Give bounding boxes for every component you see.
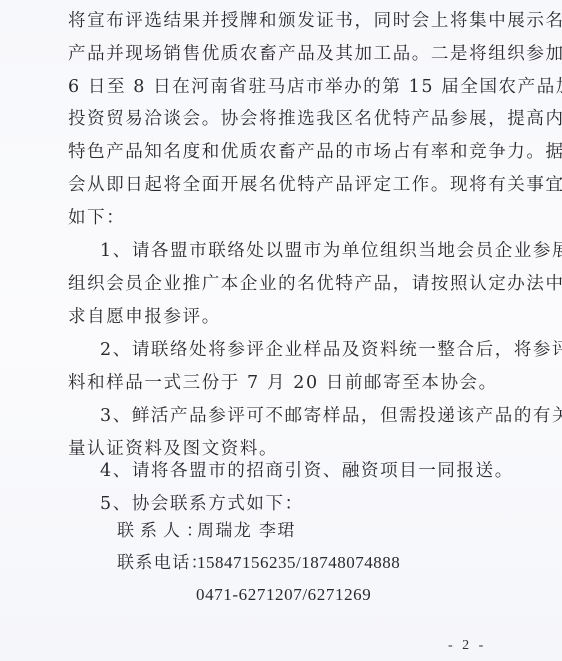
paragraph-line: 如下： bbox=[68, 206, 493, 230]
list-item-1-line: 求自愿申报参评。 bbox=[68, 305, 493, 329]
contact-person-names: 周瑞龙 李珺 bbox=[197, 521, 296, 541]
paragraph-line: 会从即日起将全面开展名优特产品评定工作。现将有关事宜通知 bbox=[68, 173, 493, 197]
contact-mobile-numbers: 15847156235/18748074888 bbox=[197, 553, 400, 572]
paragraph-line: 产品并现场销售优质农畜产品及其加工品。二是将组织参加 9 月 bbox=[68, 42, 493, 66]
paragraph-line: 6 日至 8 日在河南省驻马店市举办的第 15 届全国农产品加工业 bbox=[68, 75, 493, 99]
list-item-4-line: 4、请将各盟市的招商引资、融资项目一同报送。 bbox=[100, 459, 493, 483]
page-number: - 2 - bbox=[448, 638, 486, 654]
list-item-3-line: 3、鲜活产品参评可不邮寄样品，但需投递该产品的有关质 bbox=[100, 404, 493, 428]
contact-phone-row: 联系电话：15847156235/18748074888 bbox=[117, 551, 400, 575]
contact-phone-label: 联系电话： bbox=[117, 551, 197, 575]
contact-person-row: 联系人：周瑞龙 李珺 bbox=[117, 519, 296, 543]
list-item-2-line: 2、请联络处将参评企业样品及资料统一整合后，将参评资 bbox=[100, 338, 493, 362]
document-page: 将宣布评选结果并授牌和颁发证书，同时会上将集中展示名优特 产品并现场销售优质农畜… bbox=[0, 0, 562, 661]
paragraph-line: 特色产品知名度和优质农畜产品的市场占有率和竞争力。据此协 bbox=[68, 140, 493, 164]
list-item-3-line: 量认证资料及图文资料。 bbox=[68, 437, 493, 461]
list-item-2-line: 料和样品一式三份于 7 月 20 日前邮寄至本协会。 bbox=[68, 371, 493, 395]
contact-landline-numbers: 0471-6271207/6271269 bbox=[196, 583, 371, 607]
paragraph-line: 投资贸易洽谈会。协会将推选我区名优特产品参展，提高内蒙古 bbox=[68, 107, 493, 131]
list-item-1-line: 组织会员企业推广本企业的名优特产品，请按照认定办法中的要 bbox=[68, 272, 493, 296]
list-item-1-line: 1、请各盟市联络处以盟市为单位组织当地会员企业参展， bbox=[100, 239, 493, 263]
paragraph-line: 将宣布评选结果并授牌和颁发证书，同时会上将集中展示名优特 bbox=[68, 9, 493, 33]
contact-person-label: 联系人： bbox=[117, 519, 197, 543]
list-item-5-line: 5、协会联系方式如下： bbox=[100, 492, 493, 516]
